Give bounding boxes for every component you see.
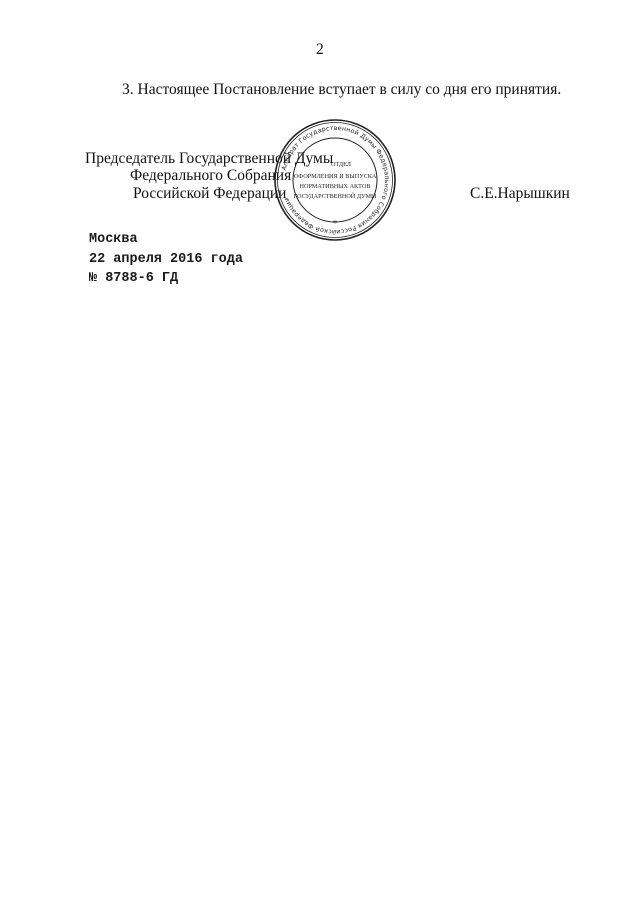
document-page: 2 3. Настоящее Постановление вступает в … — [0, 0, 640, 905]
official-seal-stamp: Аппарат Государственной Думы Федеральног… — [273, 118, 397, 242]
seal-center-line-2: ОФОРМЛЕНИЯ И ВЫПУСКА — [294, 173, 377, 180]
document-number: № 8788-6 ГД — [89, 272, 178, 286]
seal-star: * — [333, 219, 337, 228]
date-of-signing: 22 апреля 2016 года — [89, 253, 243, 267]
clause-3-text: 3. Настоящее Постановление вступает в си… — [122, 82, 561, 98]
place-of-signing: Москва — [89, 233, 138, 247]
signatory-title-line-3: Российской Федерации — [133, 186, 286, 202]
signatory-title-line-2: Федерального Собрания — [130, 168, 291, 184]
seal-center-line-3: НОРМАТИВНЫХ АКТОВ — [300, 183, 371, 190]
signatory-name: С.Е.Нарышкин — [470, 186, 570, 202]
page-number: 2 — [316, 42, 324, 58]
seal-center-line-1: ОТДЕЛ — [331, 161, 352, 168]
seal-icon: Аппарат Государственной Думы Федеральног… — [273, 118, 397, 242]
seal-center-line-4: ГОСУДАРСТВЕННОЙ ДУМЫ — [294, 192, 377, 200]
